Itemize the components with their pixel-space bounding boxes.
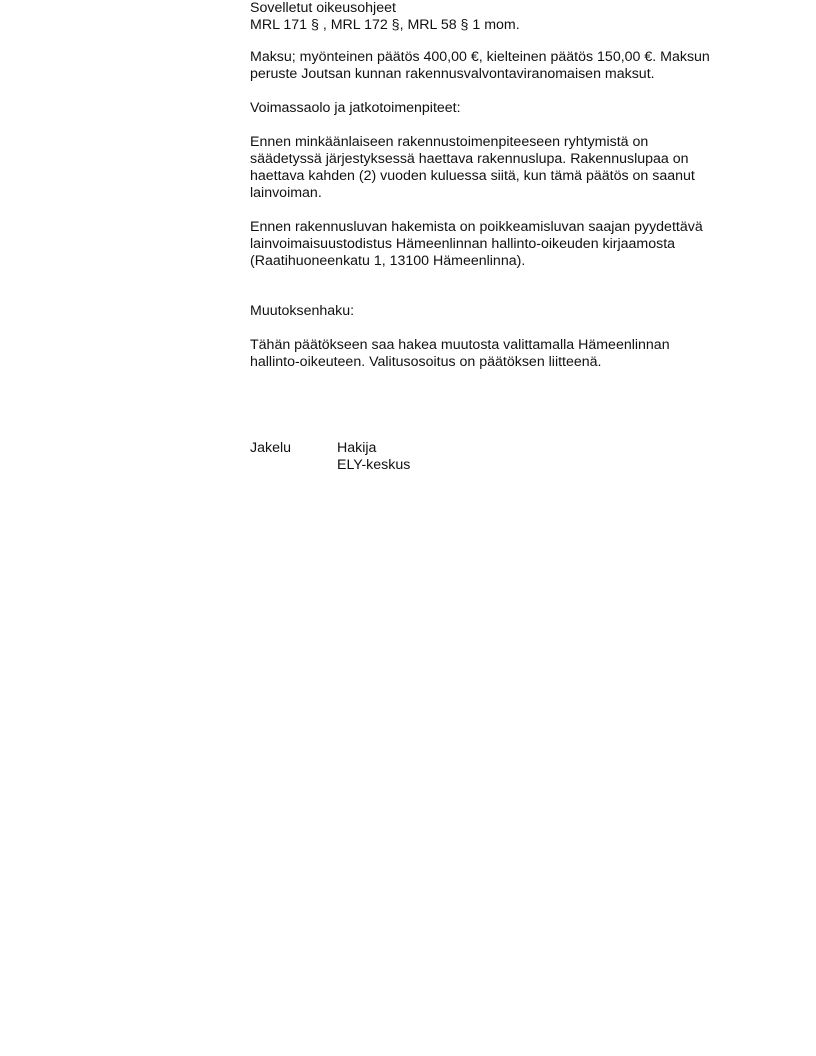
paragraph-line: haettava kahden (2) vuoden kuluessa siit… bbox=[250, 168, 695, 185]
paragraph-line: (Raatihuoneenkatu 1, 13100 Hämeenlinna). bbox=[250, 253, 703, 270]
appeal-text-line: Tähän päätökseen saa hakea muutosta vali… bbox=[250, 337, 670, 354]
recipient: Hakija bbox=[337, 440, 410, 457]
paragraph-line: Ennen minkäänlaiseen rakennustoimenpitee… bbox=[250, 134, 695, 151]
validity-paragraph-1: Ennen minkäänlaiseen rakennustoimenpitee… bbox=[250, 134, 695, 202]
fee-text-line: peruste Joutsan kunnan rakennusvalvontav… bbox=[250, 66, 710, 83]
paragraph-line: lainvoimaisuustodistus Hämeenlinnan hall… bbox=[250, 236, 703, 253]
fee-section: Maksu; myönteinen päätös 400,00 €, kielt… bbox=[250, 49, 710, 83]
paragraph-line: säädetyssä järjestyksessä haettava raken… bbox=[250, 151, 695, 168]
applied-law-text: MRL 171 § , MRL 172 §, MRL 58 § 1 mom. bbox=[250, 17, 520, 34]
appeal-text-line: hallinto-oikeuteen. Valitusosoitus on pä… bbox=[250, 354, 670, 371]
applied-law-heading: Sovelletut oikeusohjeet bbox=[250, 0, 520, 17]
validity-section-heading-block: Voimassaolo ja jatkotoimenpiteet: bbox=[250, 100, 461, 117]
fee-text-line: Maksu; myönteinen päätös 400,00 €, kielt… bbox=[250, 49, 710, 66]
recipient: ELY-keskus bbox=[337, 457, 410, 474]
paragraph-line: lainvoiman. bbox=[250, 185, 695, 202]
paragraph-line: Ennen rakennusluvan hakemista on poikkea… bbox=[250, 219, 703, 236]
appeal-section: Tähän päätökseen saa hakea muutosta vali… bbox=[250, 337, 670, 371]
validity-paragraph-2: Ennen rakennusluvan hakemista on poikkea… bbox=[250, 219, 703, 270]
distribution-label: Jakelu bbox=[250, 440, 291, 457]
distribution-recipients: Hakija ELY-keskus bbox=[337, 440, 410, 474]
appeal-heading-block: Muutoksenhaku: bbox=[250, 303, 354, 320]
validity-heading: Voimassaolo ja jatkotoimenpiteet: bbox=[250, 100, 461, 117]
appeal-heading: Muutoksenhaku: bbox=[250, 303, 354, 320]
applied-law-section: Sovelletut oikeusohjeet MRL 171 § , MRL … bbox=[250, 0, 520, 34]
